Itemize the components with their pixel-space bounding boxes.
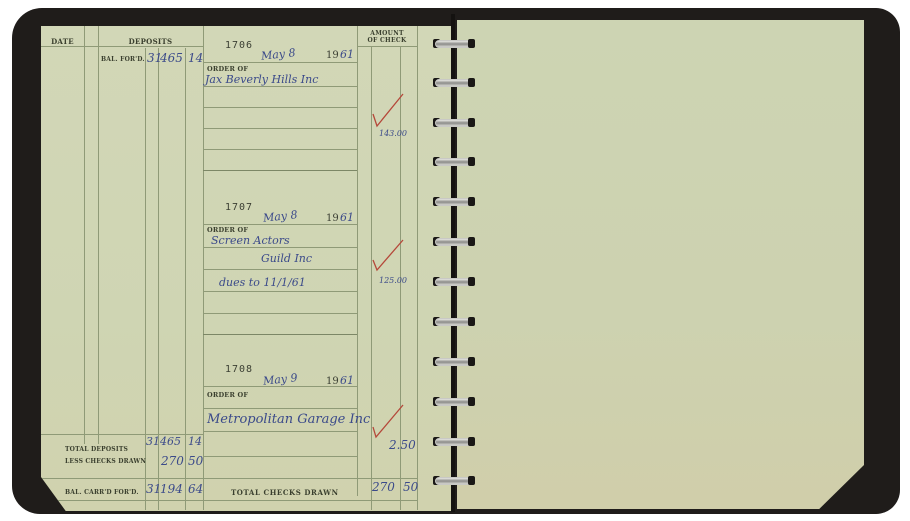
check-year-suffix: 61 [340,48,354,61]
total-checks-drawn-label: TOTAL CHECKS DRAWN [231,488,339,497]
check-register-page: DATE DEPOSITS AMOUNT OF CHECK BAL. FOR'D… [41,26,453,511]
less-checks-drawn-label: LESS CHECKS DRAWN [65,458,146,465]
less-checks-cents: 50 [188,454,203,468]
spiral-ring-icon [433,78,475,87]
check-amount: 2.50 [389,438,416,452]
total-deposits-thousands: 31 [146,435,160,448]
less-checks-hundreds: 270 [161,454,184,468]
red-checkmark-icon [369,236,405,276]
rule [98,26,99,444]
rule [203,128,357,129]
rule [417,26,418,510]
balance-forward-label: BAL. FOR'D. [101,56,145,63]
check-number: 1707 [225,202,253,213]
rule [357,46,417,47]
payee-line: Guild Inc [261,252,312,265]
balance-forward-hundreds: 465 [160,51,183,65]
date-header: DATE [41,37,84,46]
spiral-ring-icon [433,237,475,246]
total-checks-drawn-dollars: 270 [372,480,395,494]
rule [203,149,357,150]
spiral-ring-icon [433,277,475,286]
balance-carried-forward-label: BAL. CARR'D FOR'D. [65,489,139,496]
check-year-prefix: 19 [326,213,339,224]
rule [203,456,357,457]
payee-line: Metropolitan Garage Inc [207,412,370,427]
check-divider [203,170,357,171]
payee-line: Jax Beverly Hills Inc [205,73,318,86]
memo-line: dues to 11/1/61 [219,276,306,289]
check-date: May 8 [260,46,296,63]
check-year-prefix: 19 [326,50,339,61]
order-of-label: ORDER OF [207,391,248,399]
balance-forward-cents: 14 [188,51,203,65]
order-of-label: ORDER OF [207,65,248,73]
amount-header-line2: OF CHECK [357,37,417,44]
rule [203,431,357,432]
rule [203,313,357,314]
rule [203,107,357,108]
spiral-ring-icon [433,197,475,206]
rule [203,247,357,248]
balance-carried-thousands: 31 [146,482,161,496]
red-checkmark-icon [369,401,405,441]
check-number: 1708 [225,364,253,375]
spiral-ring-icon [433,357,475,366]
total-deposits-hundreds: 465 [160,435,181,448]
check-amount: 143.00 [379,129,407,138]
balance-carried-cents: 64 [188,482,203,496]
rule [203,86,357,87]
rule [203,386,357,387]
check-divider [203,334,357,335]
spiral-ring-icon [433,437,475,446]
spiral-ring-icon [433,397,475,406]
check-date: May 8 [262,208,298,225]
check-number: 1706 [225,40,253,51]
total-deposits-label: TOTAL DEPOSITS [65,446,128,453]
spiral-ring-icon [433,317,475,326]
spiral-ring-icon [433,39,475,48]
order-of-label: ORDER OF [207,226,248,234]
blank-right-page [457,20,864,509]
rule [203,269,357,270]
rule [41,46,203,47]
spiral-ring-icon [433,157,475,166]
red-checkmark-icon [369,90,405,130]
spiral-ring-icon [433,476,475,485]
total-checks-drawn-cents: 50 [403,480,418,494]
rule [203,408,357,409]
rule [41,500,417,501]
check-amount: 125.00 [379,276,407,285]
rule [203,26,204,510]
deposits-header: DEPOSITS [98,37,203,46]
rule [41,478,417,479]
check-year-suffix: 61 [340,211,354,224]
payee-line: Screen Actors [211,234,290,247]
amount-header-line1: AMOUNT [357,30,417,37]
spiral-ring-icon [433,118,475,127]
total-deposits-cents: 14 [188,435,202,448]
rule [84,26,85,444]
rule [203,291,357,292]
rule [185,48,186,510]
rule [203,224,357,225]
rule [203,62,357,63]
balance-carried-hundreds: 194 [160,482,183,496]
